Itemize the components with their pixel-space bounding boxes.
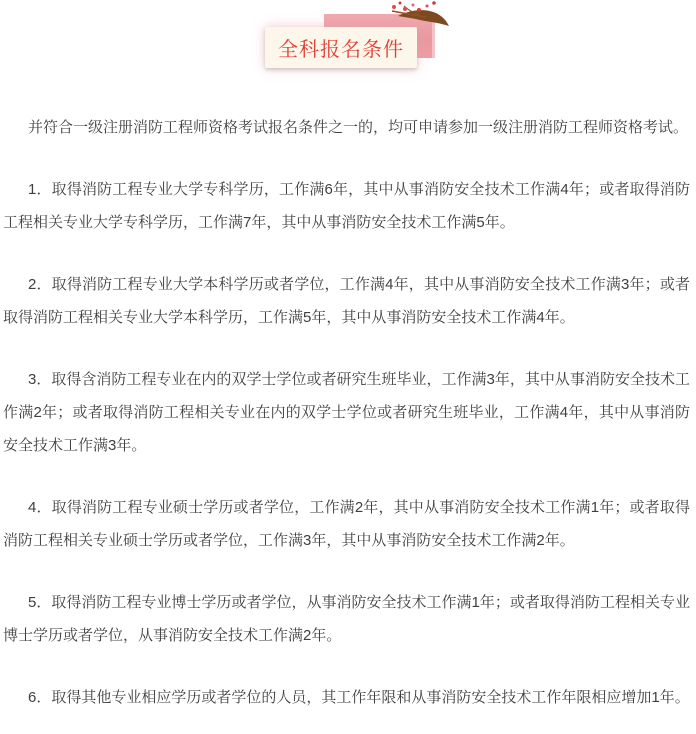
page-title: 全科报名条件 <box>278 33 404 62</box>
condition-item-3: 3．取得含消防工程专业在内的双学士学位或者研究生班毕业，工作满3年，其中从事消防… <box>3 363 690 462</box>
condition-item-6: 6．取得其他专业相应学历或者学位的人员，其工作年限和从事消防安全技术工作年限相应… <box>3 681 690 714</box>
intro-paragraph: 并符合一级注册消防工程师资格考试报名条件之一的，均可申请参加一级注册消防工程师资… <box>3 111 690 144</box>
article-body: 并符合一级注册消防工程师资格考试报名条件之一的，均可申请参加一级注册消防工程师资… <box>0 111 696 734</box>
condition-item-4: 4．取得消防工程专业硕士学历或者学位，工作满2年，其中从事消防安全技术工作满1年… <box>3 491 690 557</box>
article-page: 全科报名条件 并符合一级注册消防工程师资格考试报名条件之一的，均可申请参加一级注… <box>0 0 696 734</box>
condition-item-1: 1．取得消防工程专业大学专科学历，工作满6年，其中从事消防安全技术工作满4年；或… <box>3 173 690 239</box>
title-card: 全科报名条件 <box>265 27 417 68</box>
title-banner: 全科报名条件 <box>0 0 696 92</box>
condition-item-2: 2．取得消防工程专业大学本科学历或者学位，工作满4年，其中从事消防安全技术工作满… <box>3 268 690 334</box>
condition-item-5: 5．取得消防工程专业博士学历或者学位，从事消防安全技术工作满1年；或者取得消防工… <box>3 586 690 652</box>
